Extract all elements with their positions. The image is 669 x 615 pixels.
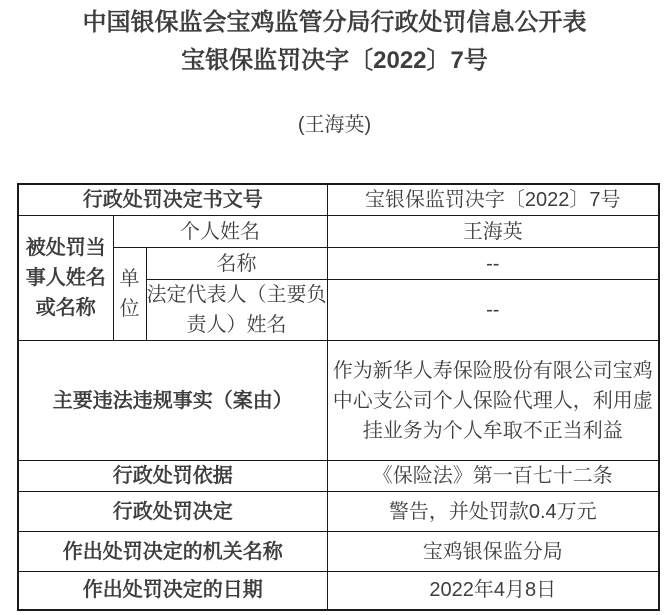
table-row: 主要违法违规事实（案由） 作为新华人寿保险股份有限公司宝鸡中心支公司个人保险代理… xyxy=(18,341,659,461)
cell-decision-date-value: 2022年4月8日 xyxy=(327,572,659,610)
cell-doc-number-label: 行政处罚决定书文号 xyxy=(18,184,327,216)
table-row: 作出处罚决定的日期 2022年4月8日 xyxy=(18,572,659,610)
table-row: 行政处罚依据 《保险法》第一百七十二条 xyxy=(18,461,659,492)
table-row: 行政处罚决定书文号 宝银保监罚决字〔2022〕7号 xyxy=(18,184,659,216)
cell-deciding-authority-label: 作出处罚决定的机关名称 xyxy=(18,532,327,572)
cell-violation-facts-label: 主要违法违规事实（案由） xyxy=(18,341,327,461)
table-row: 被处罚当事人姓名或名称 个人姓名 王海英 xyxy=(18,216,659,248)
cell-penalty-decision-label: 行政处罚决定 xyxy=(18,492,327,532)
cell-penalty-basis-label: 行政处罚依据 xyxy=(18,461,327,492)
cell-person-name-value: 王海英 xyxy=(327,216,659,248)
table-row: 作出处罚决定的机关名称 宝鸡银保监分局 xyxy=(18,532,659,572)
document-title: 中国银保监会宝鸡监管分局行政处罚信息公开表 xyxy=(0,4,669,42)
cell-penalty-decision-value: 警告，并处罚款0.4万元 xyxy=(327,492,659,532)
cell-penalty-basis-value: 《保险法》第一百七十二条 xyxy=(327,461,659,492)
table-row: 单位 名称 -- xyxy=(18,248,659,280)
table-row: 行政处罚决定 警告，并处罚款0.4万元 xyxy=(18,492,659,532)
document-header: 中国银保监会宝鸡监管分局行政处罚信息公开表 宝银保监罚决字〔2022〕7号 xyxy=(0,4,669,80)
cell-decision-date-label: 作出处罚决定的日期 xyxy=(18,572,327,610)
cell-org-name-value: -- xyxy=(327,248,659,280)
document-number: 宝银保监罚决字〔2022〕7号 xyxy=(0,42,669,80)
penalty-table: 行政处罚决定书文号 宝银保监罚决字〔2022〕7号 被处罚当事人姓名或名称 个人… xyxy=(17,183,660,611)
cell-unit-label: 单位 xyxy=(113,248,146,341)
cell-legal-rep-value: -- xyxy=(327,280,659,341)
cell-legal-rep-label: 法定代表人（主要负责人）姓名 xyxy=(146,280,327,341)
subject-name: (王海英) xyxy=(0,112,669,138)
cell-deciding-authority-value: 宝鸡银保监分局 xyxy=(327,532,659,572)
penalty-disclosure-document: 中国银保监会宝鸡监管分局行政处罚信息公开表 宝银保监罚决字〔2022〕7号 (王… xyxy=(0,4,669,611)
cell-org-name-label: 名称 xyxy=(146,248,327,280)
cell-party-group-label: 被处罚当事人姓名或名称 xyxy=(18,216,113,341)
cell-doc-number-value: 宝银保监罚决字〔2022〕7号 xyxy=(327,184,659,216)
cell-violation-facts-value: 作为新华人寿保险股份有限公司宝鸡中心支公司个人保险代理人，利用虚挂业务为个人牟取… xyxy=(327,341,659,461)
cell-person-name-label: 个人姓名 xyxy=(113,216,327,248)
